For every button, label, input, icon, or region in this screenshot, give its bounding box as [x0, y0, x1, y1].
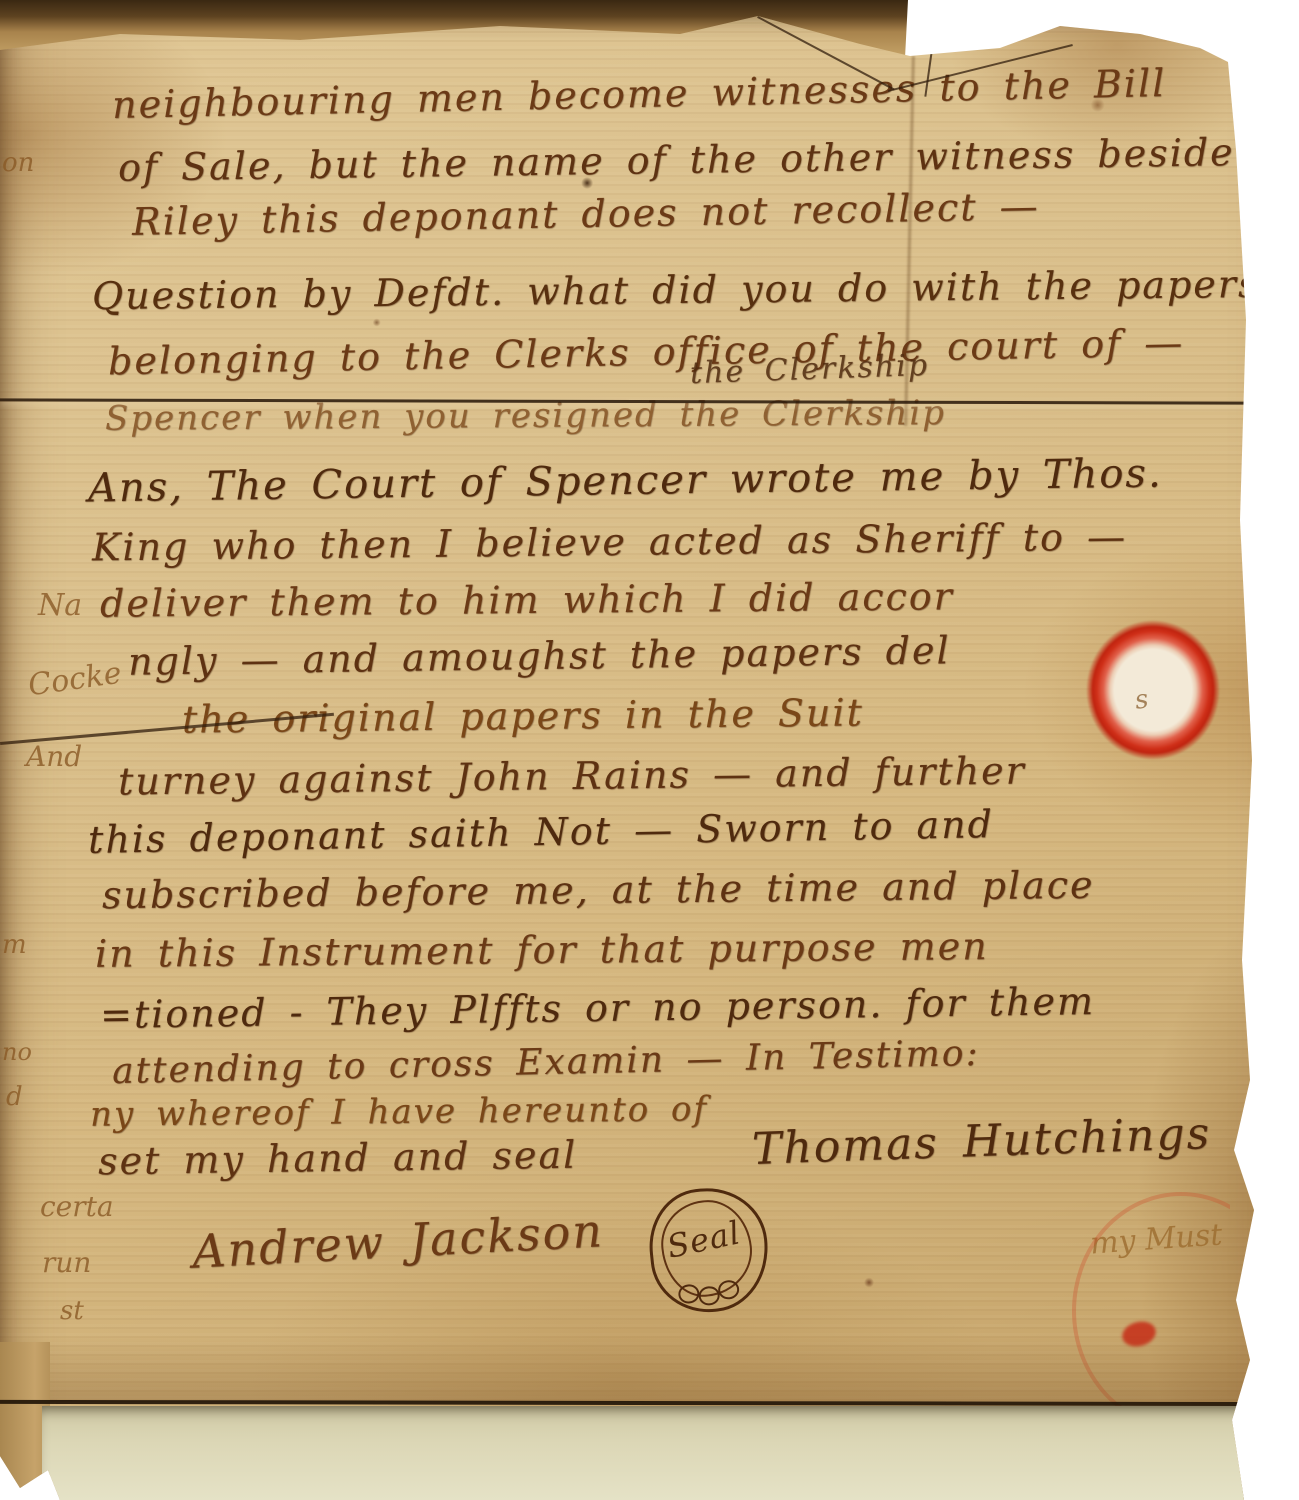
manuscript-line: deliver them to him which I did accor [100, 574, 954, 625]
manuscript-scan: neighbouring men become witnesses to the… [0, 0, 1299, 1500]
manuscript-line: attending to cross Examin — In Testimo: [112, 1033, 980, 1092]
manuscript-line: Riley this deponant does not recollect — [132, 184, 1040, 244]
margin-note: certa [40, 1190, 114, 1223]
manuscript-line: the original papers in the Suit [182, 690, 864, 741]
manuscript-line: ngly — and amoughst the papers del [128, 628, 951, 683]
margin-note: on [2, 148, 34, 178]
fold-shadow [0, 1336, 1299, 1402]
signature-andrew-jackson: Andrew Jackson [191, 1203, 605, 1278]
seal-doodle: Seal [640, 1180, 781, 1323]
manuscript-line: =tioned - They Plffts or no person. for … [100, 979, 1096, 1037]
margin-note: run [42, 1246, 91, 1279]
manuscript-line: belonging to the Clerks office of the co… [108, 321, 1185, 384]
red-wafer-seal [1086, 620, 1220, 760]
underlying-sheet [42, 1406, 1299, 1500]
manuscript-line: subscribed before me, at the time and pl… [102, 863, 1095, 917]
manuscript-page: neighbouring men become witnesses to the… [0, 0, 1299, 1500]
manuscript-line: Ans, The Court of Spencer wrote me by Th… [88, 450, 1163, 511]
manuscript-line: this deponant saith Not — Sworn to and [88, 802, 995, 862]
margin-note: m [2, 930, 27, 960]
margin-note: d [6, 1082, 23, 1112]
manuscript-line: set my hand and seal [98, 1133, 578, 1184]
manuscript-line: Question by Defdt. what did you do with … [92, 262, 1260, 318]
manuscript-line: in this Instrument for that purpose men [95, 924, 989, 976]
margin-note: no [2, 1038, 32, 1066]
manuscript-line: neighbouring men become witnesses to the… [112, 61, 1167, 127]
margin-note: Cocke [26, 656, 124, 704]
margin-note: Na [38, 588, 82, 623]
manuscript-line: of Sale, but the name of the other witne… [118, 130, 1235, 190]
manuscript-line: King who then I believe acted as Sheriff… [92, 515, 1127, 570]
interline-insertion: the Clerkship [689, 348, 929, 391]
signature-thomas-hutchings: Thomas Hutchings [751, 1108, 1212, 1175]
manuscript-line: turney against John Rains — and further [118, 748, 1026, 803]
margin-note: st [60, 1296, 84, 1326]
manuscript-line: ny whereof I have hereunto of [90, 1089, 708, 1134]
margin-note: And [26, 740, 82, 773]
